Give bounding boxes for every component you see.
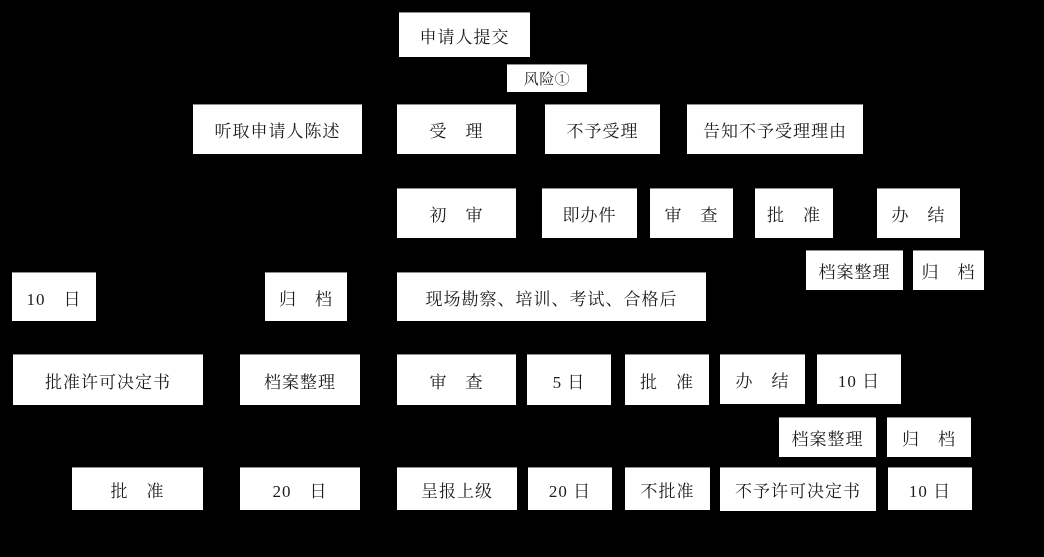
file-away-2-box: 归 档 <box>265 272 347 321</box>
hear-applicant-statement-box: 听取申请人陈述 <box>193 104 362 154</box>
archive-organize-2-box: 档案整理 <box>240 354 360 405</box>
immediate-item-box: 即办件 <box>542 188 637 238</box>
site-survey-training-exam-box: 现场勘察、培训、考试、合格后 <box>397 272 706 321</box>
report-to-superior-box: 呈报上级 <box>397 467 517 510</box>
flowchart-canvas: 申请人提交风险①听取申请人陈述受 理不予受理告知不予受理理由初 审即办件审 查批… <box>0 0 1044 557</box>
days-10-a-box: 10 日 <box>12 272 96 321</box>
days-20-b-box: 20 日 <box>528 467 612 510</box>
complete-2-box: 办 结 <box>720 354 805 404</box>
approval-permit-decision-box: 批准许可决定书 <box>13 354 203 405</box>
review-1-box: 审 查 <box>650 188 733 238</box>
approve-1-box: 批 准 <box>755 188 833 238</box>
days-10-c-box: 10 日 <box>888 467 972 510</box>
archive-organize-1-box: 档案整理 <box>806 250 903 290</box>
complete-1-box: 办 结 <box>877 188 960 238</box>
applicant-submit-box: 申请人提交 <box>399 12 530 57</box>
days-20-a-box: 20 日 <box>240 467 360 510</box>
file-away-3-box: 归 档 <box>887 417 971 457</box>
days-5-box: 5 日 <box>527 354 611 405</box>
archive-organize-3-box: 档案整理 <box>779 417 876 457</box>
days-10-b-box: 10 日 <box>817 354 901 404</box>
accept-box: 受 理 <box>397 104 516 154</box>
not-accept-box: 不予受理 <box>545 104 660 154</box>
not-approve-box: 不批准 <box>625 467 710 510</box>
risk-1-box: 风险① <box>507 64 587 92</box>
review-2-box: 审 查 <box>397 354 516 405</box>
no-permit-decision-box: 不予许可决定书 <box>720 467 876 511</box>
initial-review-box: 初 审 <box>397 188 516 238</box>
approve-2-box: 批 准 <box>625 354 709 405</box>
file-away-1-box: 归 档 <box>913 250 984 290</box>
notify-not-accept-reason-box: 告知不予受理理由 <box>687 104 863 154</box>
approve-3-box: 批 准 <box>72 467 203 510</box>
